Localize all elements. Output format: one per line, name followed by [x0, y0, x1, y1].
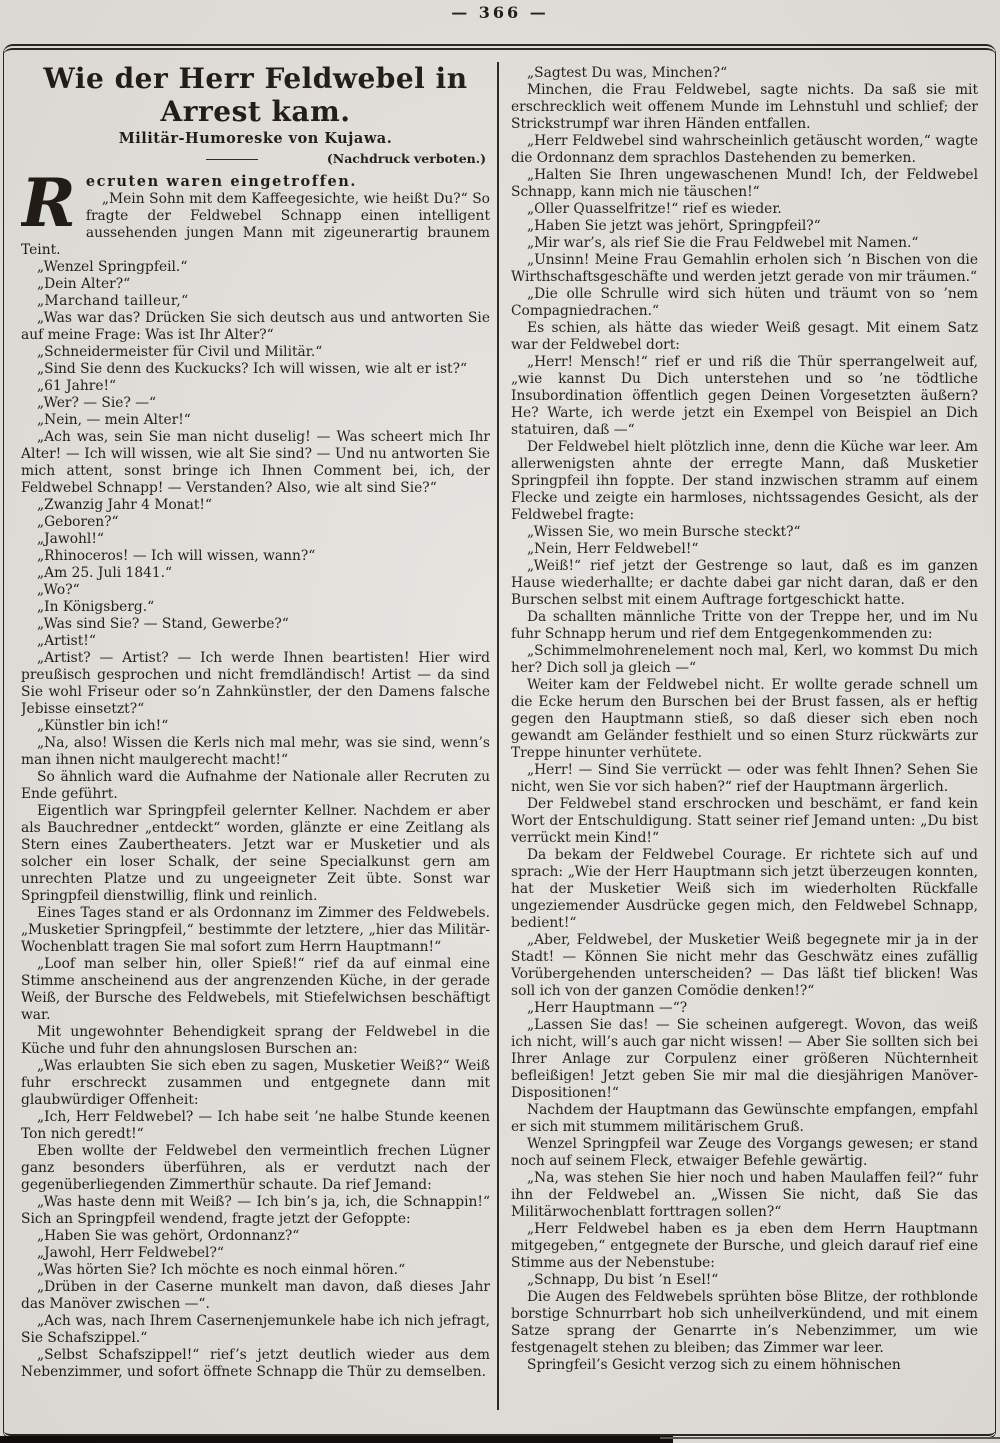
article-paragraph: „61 Jahre!“	[21, 378, 490, 395]
scan-edge-artifact	[0, 1436, 673, 1443]
article-paragraph: „Künstler bin ich!“	[21, 718, 490, 735]
article-paragraph: „Loof man selber hin, oller Spieß!“ rief…	[21, 956, 490, 1024]
left-column: Wie der Herr Feldwebel in Arrest kam. Mi…	[21, 52, 490, 1420]
article-paragraph: „Wer? — Sie? —“	[21, 395, 490, 412]
article-paragraph: „Na, was stehen Sie hier noch und haben …	[511, 1170, 978, 1221]
article-paragraph: „Jawohl, Herr Feldwebel?“	[21, 1245, 490, 1262]
article-paragraph: „Die olle Schrulle wird sich hüten und t…	[511, 286, 978, 320]
article-paragraph: „Was erlaubten Sie sich eben zu sagen, M…	[21, 1058, 490, 1109]
article-paragraph: „Artist? — Artist? — Ich werde Ihnen bea…	[21, 650, 490, 718]
article-paragraph: Da schallten männliche Tritte von der Tr…	[511, 609, 978, 643]
reprint-notice: (Nachdruck verboten.)	[327, 151, 486, 166]
article-paragraph: „Na, also! Wissen die Kerls nich mal meh…	[21, 735, 490, 769]
article-paragraph: „Haben Sie jetzt was jehört, Springpfeil…	[511, 218, 978, 235]
article-paragraph: „Herr! — Sind Sie verrückt — oder was fe…	[511, 762, 978, 796]
article-paragraph: „Oller Quasselfritze!“ rief es wieder.	[511, 201, 978, 218]
article-paragraph: „Sagtest Du was, Minchen?“	[511, 65, 978, 82]
article-paragraph: „Herr Feldwebel haben es ja eben dem Her…	[511, 1221, 978, 1272]
drop-cap-initial: R	[21, 173, 86, 237]
article-paragraph: „Ach was, sein Sie man nicht duselig! — …	[21, 429, 490, 497]
article-paragraph: „Herr Feldwebel sind wahrscheinlich getä…	[511, 133, 978, 167]
article-paragraph: Eines Tages stand er als Ordonnanz im Zi…	[21, 905, 490, 956]
article-paragraph: „Selbst Schafszippel!“ rief’s jetzt deut…	[21, 1347, 490, 1381]
article-paragraph: „Unsinn! Meine Frau Gemahlin erholen sic…	[511, 252, 978, 286]
article-paragraph: „Jawohl!“	[21, 531, 490, 548]
subtitle-rule	[206, 159, 258, 160]
article-paragraph: „Halten Sie Ihren ungewaschenen Mund! Ic…	[511, 167, 978, 201]
article-paragraph: „Ach was, nach Ihrem Casernenjemunkele h…	[21, 1313, 490, 1347]
right-column: „Sagtest Du was, Minchen?“Minchen, die F…	[511, 52, 978, 1420]
article-paragraph: Minchen, die Frau Feldwebel, sagte nicht…	[511, 82, 978, 133]
article-paragraph: Der Feldwebel hielt plötzlich inne, denn…	[511, 439, 978, 524]
article-paragraph: Der Feldwebel stand erschrocken und besc…	[511, 796, 978, 847]
article-paragraph: „Nein, — mein Alter!“	[21, 412, 490, 429]
article-paragraph: „Haben Sie was gehört, Ordonnanz?“	[21, 1228, 490, 1245]
article-paragraph: „Wo?“	[21, 582, 490, 599]
article-paragraph: „Was sind Sie? — Stand, Gewerbe?“	[21, 616, 490, 633]
article-paragraph: „Ich, Herr Feldwebel? — Ich habe seit ’n…	[21, 1109, 490, 1143]
article-paragraph: „Nein, Herr Feldwebel!“	[511, 541, 978, 558]
article-paragraph: Wenzel Springpfeil war Zeuge des Vorgang…	[511, 1136, 978, 1170]
article-paragraph: Nachdem der Hauptmann das Gewünschte emp…	[511, 1102, 978, 1136]
opening-line: ecruten waren eingetroffen.	[86, 173, 357, 190]
article-paragraph: „Herr Hauptmann —“?	[511, 1000, 978, 1017]
article-paragraph: Eigentlich war Springpfeil gelernter Kel…	[21, 803, 490, 905]
article-paragraph: „Geboren?“	[21, 514, 490, 531]
article-paragraph: „Aber, Feldwebel, der Musketier Weiß beg…	[511, 932, 978, 1000]
article-paragraph: „Marchand tailleur,“	[21, 293, 490, 310]
article-paragraph: Eben wollte der Feldwebel den vermeintli…	[21, 1143, 490, 1194]
article-paragraph: „Wenzel Springpfeil.“	[21, 259, 490, 276]
article-paragraph: Springfeil’s Gesicht verzog sich zu eine…	[511, 1357, 978, 1374]
article-paragraph: „Sind Sie denn des Kuckucks? Ich will wi…	[21, 361, 490, 378]
article-paragraph: „Drüben in der Caserne munkelt man davon…	[21, 1279, 490, 1313]
article-paragraph: „Zwanzig Jahr 4 Monat!“	[21, 497, 490, 514]
column-divider	[497, 62, 499, 1410]
right-column-text: „Sagtest Du was, Minchen?“Minchen, die F…	[511, 52, 978, 1374]
article-paragraph: „Schimmelmohrenelement noch mal, Kerl, w…	[511, 643, 978, 677]
article-title: Wie der Herr Feldwebel in Arrest kam.	[21, 62, 490, 128]
article-paragraph: Mit ungewohnter Behendigkeit sprang der …	[21, 1024, 490, 1058]
article-paragraph: „Am 25. Juli 1841.“	[21, 565, 490, 582]
article-subtitle: Militär-Humoreske von Kujawa.	[21, 130, 490, 147]
article-paragraph: „Lassen Sie das! — Sie scheinen aufgereg…	[511, 1017, 978, 1102]
article-paragraph: So ähnlich ward die Aufnahme der Nationa…	[21, 769, 490, 803]
article-paragraph: „Wissen Sie, wo mein Bursche steckt?“	[511, 524, 978, 541]
article-paragraph: Weiter kam der Feldwebel nicht. Er wollt…	[511, 677, 978, 762]
scan-edge-artifact-thin	[660, 1437, 1000, 1439]
article-paragraph: Da bekam der Feldwebel Courage. Er richt…	[511, 847, 978, 932]
article-paragraph: „Was haste denn mit Weiß? — Ich bin’s ja…	[21, 1194, 490, 1228]
article-paragraph: „Was hörten Sie? Ich möchte es noch einm…	[21, 1262, 490, 1279]
article-paragraph: „Dein Alter?“	[21, 276, 490, 293]
article-paragraph: „Schnapp, Du bist ’n Esel!“	[511, 1272, 978, 1289]
article-paragraph: „Artist!“	[21, 633, 490, 650]
notice-row: (Nachdruck verboten.)	[21, 149, 490, 169]
left-column-text: R ecruten waren eingetroffen. „Mein Sohn…	[21, 173, 490, 1381]
article-paragraph: „Mir war’s, als rief Sie die Frau Feldwe…	[511, 235, 978, 252]
article-paragraph: Die Augen des Feldwebels sprühten böse B…	[511, 1289, 978, 1357]
article-paragraph: „Weiß!“ rief jetzt der Gestrenge so laut…	[511, 558, 978, 609]
article-paragraph: „Was war das? Drücken Sie sich deutsch a…	[21, 310, 490, 344]
article-paragraph: „Rhinoceros! — Ich will wissen, wann?“	[21, 548, 490, 565]
page-number: — 366 —	[0, 3, 1000, 22]
article-paragraph: „Herr! Mensch!“ rief er und riß die Thür…	[511, 354, 978, 439]
article-paragraph: „Schneidermeister für Civil und Militär.…	[21, 344, 490, 361]
article-paragraph: „In Königsberg.“	[21, 599, 490, 616]
article-paragraph: Es schien, als hätte das wieder Weiß ges…	[511, 320, 978, 354]
article-paragraph: „Mein Sohn mit dem Kaffeegesichte, wie h…	[21, 191, 490, 259]
